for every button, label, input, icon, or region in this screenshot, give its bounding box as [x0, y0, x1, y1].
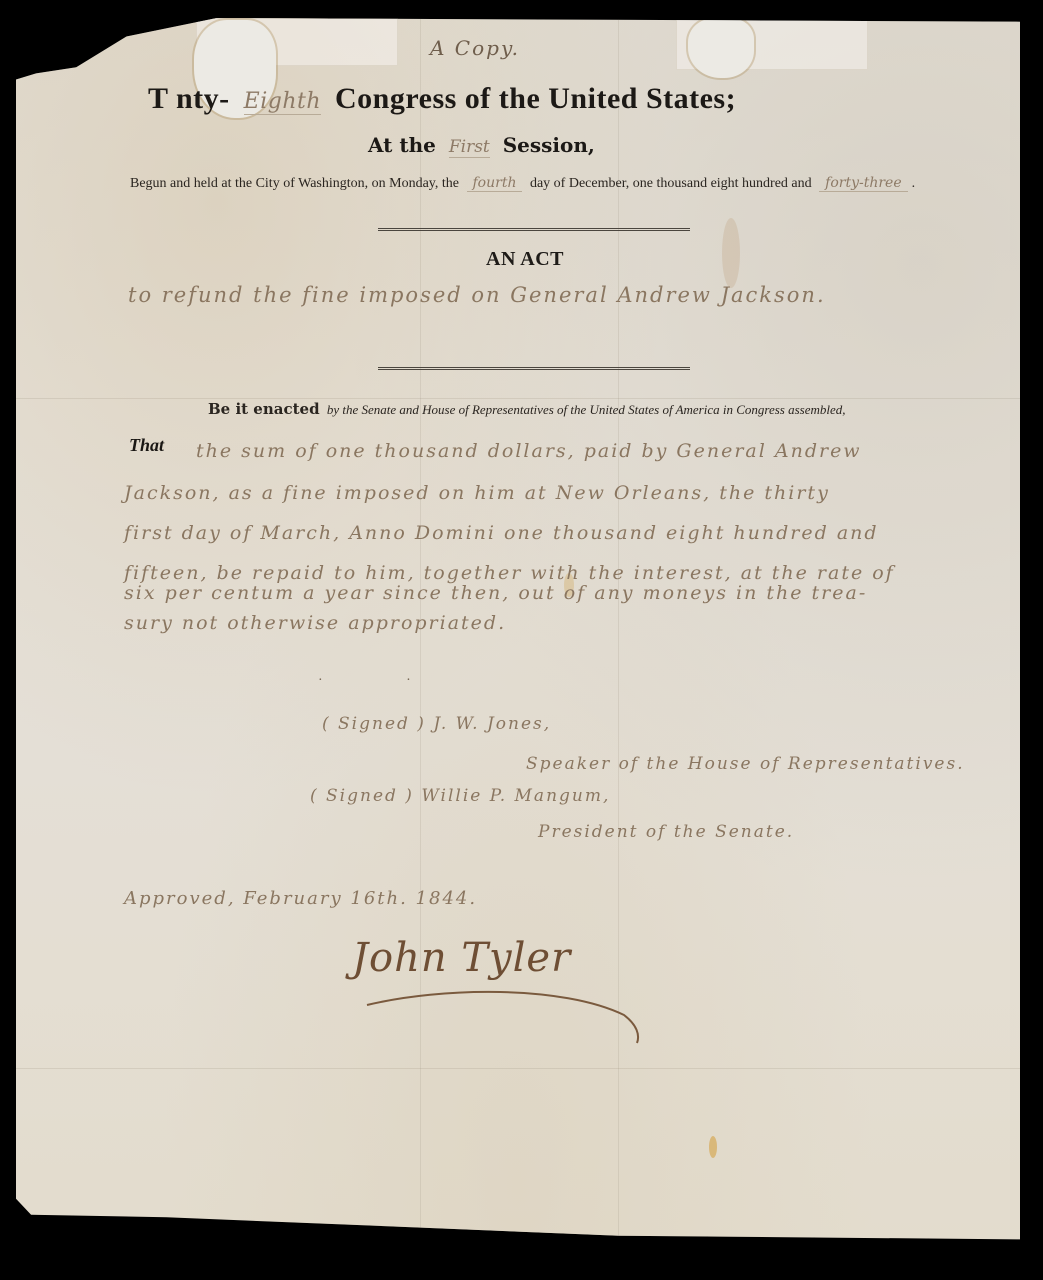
act-title: to refund the fine imposed on General An…: [128, 283, 826, 307]
begun-day-handwritten: fourth: [467, 175, 523, 192]
body-line: six per centum a year since then, out of…: [124, 582, 867, 604]
fold-line: [618, 18, 619, 1248]
congress-heading: T nty- Eighth Congress of the United Sta…: [148, 82, 736, 116]
body-line: fifteen, be repaid to him, together with…: [124, 562, 895, 584]
fold-line: [16, 1068, 1020, 1069]
congress-prefix: T nty-: [148, 82, 230, 115]
divider-rule-top: [378, 228, 690, 231]
begun-line: Begun and held at the City of Washington…: [130, 175, 915, 192]
divider-rule-bottom: [378, 367, 690, 370]
stain: [709, 1136, 717, 1158]
congress-suffix: Congress of the United States;: [335, 82, 736, 115]
enacting-text: by the Senate and House of Representativ…: [327, 402, 846, 417]
body-line: Jackson, as a fine imposed on him at New…: [124, 482, 830, 504]
act-heading: AN ACT: [486, 248, 564, 271]
stain: [722, 218, 740, 288]
approval-line: Approved, February 16th. 1844.: [124, 888, 477, 909]
begun-year-handwritten: forty-three: [819, 175, 907, 192]
paper-tear: [688, 18, 754, 78]
body-line: the sum of one thousand dollars, paid by…: [196, 440, 862, 462]
speaker-signature: ( Signed ) J. W. Jones,: [322, 714, 551, 734]
session-suffix: Session,: [503, 133, 595, 157]
begun-part2: day of December, one thousand eight hund…: [530, 176, 812, 191]
fold-line: [16, 398, 1020, 399]
begun-part1: Begun and held at the City of Washington…: [130, 176, 459, 191]
that-label: That: [129, 435, 164, 456]
enacting-clause: Be it enacted by the Senate and House of…: [208, 400, 846, 418]
congress-ordinal-handwritten: Eighth: [244, 89, 321, 115]
session-heading: At the First Session,: [368, 133, 595, 157]
signature-flourish: [362, 985, 642, 1045]
header-note: A Copy.: [430, 36, 520, 60]
presidential-signature: John Tyler: [352, 935, 571, 981]
president-signature: ( Signed ) Willie P. Mangum,: [310, 786, 610, 806]
body-line: first day of March, Anno Domini one thou…: [124, 522, 879, 544]
president-title: President of the Senate.: [538, 822, 794, 842]
session-handwritten: First: [449, 137, 490, 158]
session-prefix: At the: [368, 133, 436, 157]
ink-dots: · ·: [318, 673, 451, 689]
body-line: sury not otherwise appropriated.: [124, 612, 506, 634]
enacting-blackletter: Be it enacted: [208, 400, 320, 418]
begun-end: .: [912, 176, 916, 191]
speaker-title: Speaker of the House of Representatives.: [526, 754, 965, 774]
